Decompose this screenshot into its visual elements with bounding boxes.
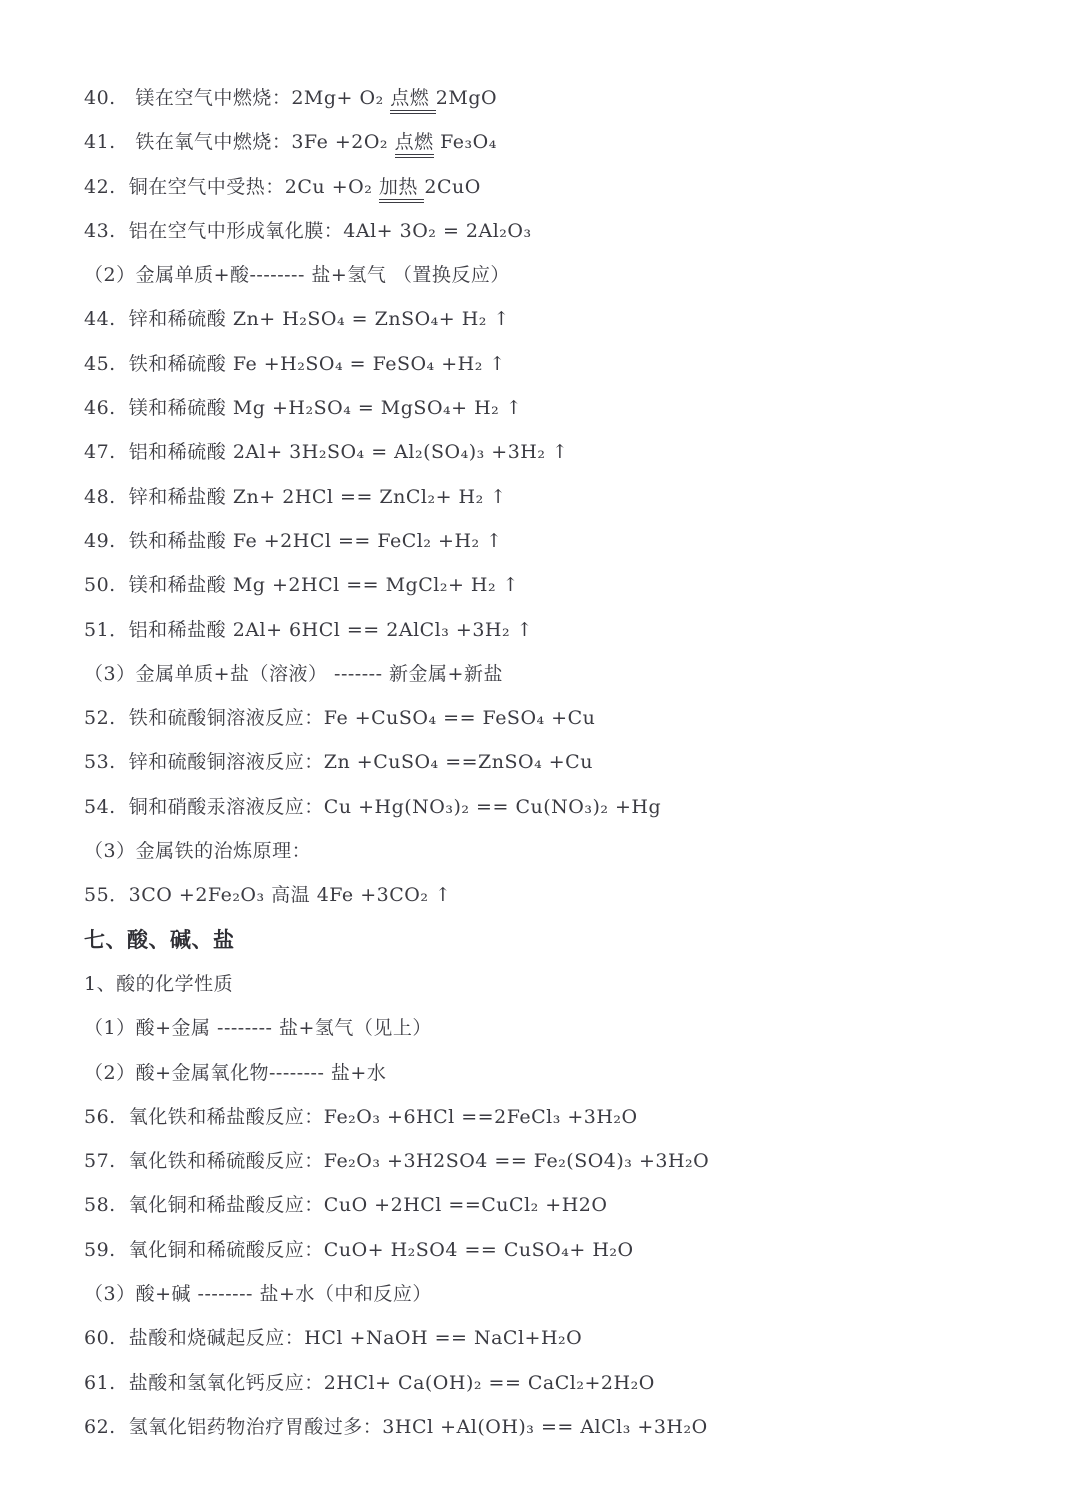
reaction-condition-underlined: 点燃: [390, 87, 436, 114]
text-run: 53. 锌和硫酸铜溶液反应：Zn +CuSO₄ ==ZnSO₄ +Cu: [84, 751, 593, 773]
document-body: 40. 镁在空气中燃烧：2Mg+ O₂ 点燃 2MgO41. 铁在氧气中燃烧：3…: [84, 76, 1050, 1449]
text-line: 54. 铜和硝酸汞溶液反应：Cu +Hg(NO₃)₂ == Cu(NO₃)₂ +…: [84, 785, 1050, 829]
text-line: （3）金属单质+盐（溶液） ------- 新金属+新盐: [84, 652, 1050, 696]
text-line: 42. 铜在空气中受热：2Cu +O₂ 加热 2CuO: [84, 165, 1050, 209]
text-run: 62. 氢氧化铝药物治疗胃酸过多：3HCl +Al(OH)₃ == AlCl₃ …: [84, 1416, 708, 1438]
text-run: 47. 铝和稀硫酸 2Al+ 3H₂SO₄ = Al₂(SO₄)₃ +3H₂ ↑: [84, 441, 568, 463]
text-run: 43. 铝在空气中形成氧化膜：4Al+ 3O₂ = 2Al₂O₃: [84, 220, 532, 242]
text-line: 55．3CO +2Fe₂O₃ 高温 4Fe +3CO₂ ↑: [84, 873, 1050, 917]
text-run: 55．3CO +2Fe₂O₃ 高温 4Fe +3CO₂ ↑: [84, 884, 451, 906]
text-run: 56. 氧化铁和稀盐酸反应：Fe₂O₃ +6HCl ==2FeCl₃ +3H₂O: [84, 1106, 638, 1128]
text-line: （2）酸+金属氧化物-------- 盐+水: [84, 1051, 1050, 1095]
text-run: 1、酸的化学性质: [84, 973, 233, 995]
text-line: 46. 镁和稀硫酸 Mg +H₂SO₄ = MgSO₄+ H₂ ↑: [84, 386, 1050, 430]
text-run: （1）酸+金属 -------- 盐+氢气（见上）: [84, 1017, 432, 1039]
text-run: 52. 铁和硫酸铜溶液反应：Fe +CuSO₄ == FeSO₄ +Cu: [84, 707, 595, 729]
text-run: 60. 盐酸和烧碱起反应：HCl +NaOH == NaCl+H₂O: [84, 1327, 582, 1349]
text-run: （2）酸+金属氧化物-------- 盐+水: [84, 1062, 386, 1084]
text-line: 47. 铝和稀硫酸 2Al+ 3H₂SO₄ = Al₂(SO₄)₃ +3H₂ ↑: [84, 430, 1050, 474]
text-run: 58. 氧化铜和稀盐酸反应：CuO +2HCl ==CuCl₂ +H2O: [84, 1194, 607, 1216]
section-heading: 七、酸、碱、盐: [84, 918, 1050, 962]
text-line: 51．铝和稀盐酸 2Al+ 6HCl == 2AlCl₃ +3H₂ ↑: [84, 608, 1050, 652]
text-run: 46. 镁和稀硫酸 Mg +H₂SO₄ = MgSO₄+ H₂ ↑: [84, 397, 522, 419]
reaction-condition-underlined: 加热: [379, 176, 425, 203]
text-line: 49. 铁和稀盐酸 Fe +2HCl == FeCl₂ +H₂ ↑: [84, 519, 1050, 563]
text-run: 42. 铜在空气中受热：2Cu +O₂: [84, 176, 379, 198]
text-line: （3）酸+碱 -------- 盐+水（中和反应）: [84, 1272, 1050, 1316]
text-line: 41. 铁在氧气中燃烧：3Fe +2O₂ 点燃 Fe₃O₄: [84, 120, 1050, 164]
text-run: 41. 铁在氧气中燃烧：3Fe +2O₂: [84, 131, 395, 153]
text-run: 59. 氧化铜和稀硫酸反应：CuO+ H₂SO4 == CuSO₄+ H₂O: [84, 1239, 634, 1261]
text-line: 53. 锌和硫酸铜溶液反应：Zn +CuSO₄ ==ZnSO₄ +Cu: [84, 740, 1050, 784]
text-line: 58. 氧化铜和稀盐酸反应：CuO +2HCl ==CuCl₂ +H2O: [84, 1183, 1050, 1227]
text-line: 44. 锌和稀硫酸 Zn+ H₂SO₄ = ZnSO₄+ H₂ ↑: [84, 297, 1050, 341]
text-run: 54. 铜和硝酸汞溶液反应：Cu +Hg(NO₃)₂ == Cu(NO₃)₂ +…: [84, 796, 661, 818]
text-run: （3）金属单质+盐（溶液） ------- 新金属+新盐: [84, 663, 503, 685]
text-run: 50. 镁和稀盐酸 Mg +2HCl == MgCl₂+ H₂ ↑: [84, 574, 519, 596]
text-run: 44. 锌和稀硫酸 Zn+ H₂SO₄ = ZnSO₄+ H₂ ↑: [84, 308, 510, 330]
text-line: （1）酸+金属 -------- 盐+氢气（见上）: [84, 1006, 1050, 1050]
text-line: 57. 氧化铁和稀硫酸反应：Fe₂O₃ +3H2SO4 == Fe₂(SO4)₃…: [84, 1139, 1050, 1183]
reaction-condition-underlined: 点燃: [395, 131, 434, 158]
text-line: 52. 铁和硫酸铜溶液反应：Fe +CuSO₄ == FeSO₄ +Cu: [84, 696, 1050, 740]
text-run: 61. 盐酸和氢氧化钙反应：2HCl+ Ca(OH)₂ == CaCl₂+2H₂…: [84, 1372, 655, 1394]
text-run: 2CuO: [424, 176, 480, 198]
text-line: 50. 镁和稀盐酸 Mg +2HCl == MgCl₂+ H₂ ↑: [84, 563, 1050, 607]
text-line: 48. 锌和稀盐酸 Zn+ 2HCl == ZnCl₂+ H₂ ↑: [84, 475, 1050, 519]
text-run: 51．铝和稀盐酸 2Al+ 6HCl == 2AlCl₃ +3H₂ ↑: [84, 619, 533, 641]
text-line: 45. 铁和稀硫酸 Fe +H₂SO₄ = FeSO₄ +H₂ ↑: [84, 342, 1050, 386]
text-run: 七、酸、碱、盐: [84, 927, 235, 952]
text-run: 45. 铁和稀硫酸 Fe +H₂SO₄ = FeSO₄ +H₂ ↑: [84, 353, 506, 375]
text-line: 43. 铝在空气中形成氧化膜：4Al+ 3O₂ = 2Al₂O₃: [84, 209, 1050, 253]
text-line: 62. 氢氧化铝药物治疗胃酸过多：3HCl +Al(OH)₃ == AlCl₃ …: [84, 1405, 1050, 1449]
text-line: 61. 盐酸和氢氧化钙反应：2HCl+ Ca(OH)₂ == CaCl₂+2H₂…: [84, 1361, 1050, 1405]
document-page: 40. 镁在空气中燃烧：2Mg+ O₂ 点燃 2MgO41. 铁在氧气中燃烧：3…: [0, 0, 1080, 1497]
text-run: Fe₃O₄: [434, 131, 497, 153]
text-line: 60. 盐酸和烧碱起反应：HCl +NaOH == NaCl+H₂O: [84, 1316, 1050, 1360]
text-run: 49. 铁和稀盐酸 Fe +2HCl == FeCl₂ +H₂ ↑: [84, 530, 503, 552]
text-run: （2）金属单质+酸-------- 盐+氢气 （置换反应）: [84, 264, 510, 286]
text-run: 48. 锌和稀盐酸 Zn+ 2HCl == ZnCl₂+ H₂ ↑: [84, 486, 507, 508]
text-line: 59. 氧化铜和稀硫酸反应：CuO+ H₂SO4 == CuSO₄+ H₂O: [84, 1228, 1050, 1272]
text-run: （3）酸+碱 -------- 盐+水（中和反应）: [84, 1283, 432, 1305]
text-run: 57. 氧化铁和稀硫酸反应：Fe₂O₃ +3H2SO4 == Fe₂(SO4)₃…: [84, 1150, 709, 1172]
text-line: （3）金属铁的治炼原理：: [84, 829, 1050, 873]
text-run: （3）金属铁的治炼原理：: [84, 840, 311, 862]
text-line: 40. 镁在空气中燃烧：2Mg+ O₂ 点燃 2MgO: [84, 76, 1050, 120]
text-line: 1、酸的化学性质: [84, 962, 1050, 1006]
text-line: 56. 氧化铁和稀盐酸反应：Fe₂O₃ +6HCl ==2FeCl₃ +3H₂O: [84, 1095, 1050, 1139]
text-run: 2MgO: [436, 87, 497, 109]
text-run: 40. 镁在空气中燃烧：2Mg+ O₂: [84, 87, 390, 109]
text-line: （2）金属单质+酸-------- 盐+氢气 （置换反应）: [84, 253, 1050, 297]
